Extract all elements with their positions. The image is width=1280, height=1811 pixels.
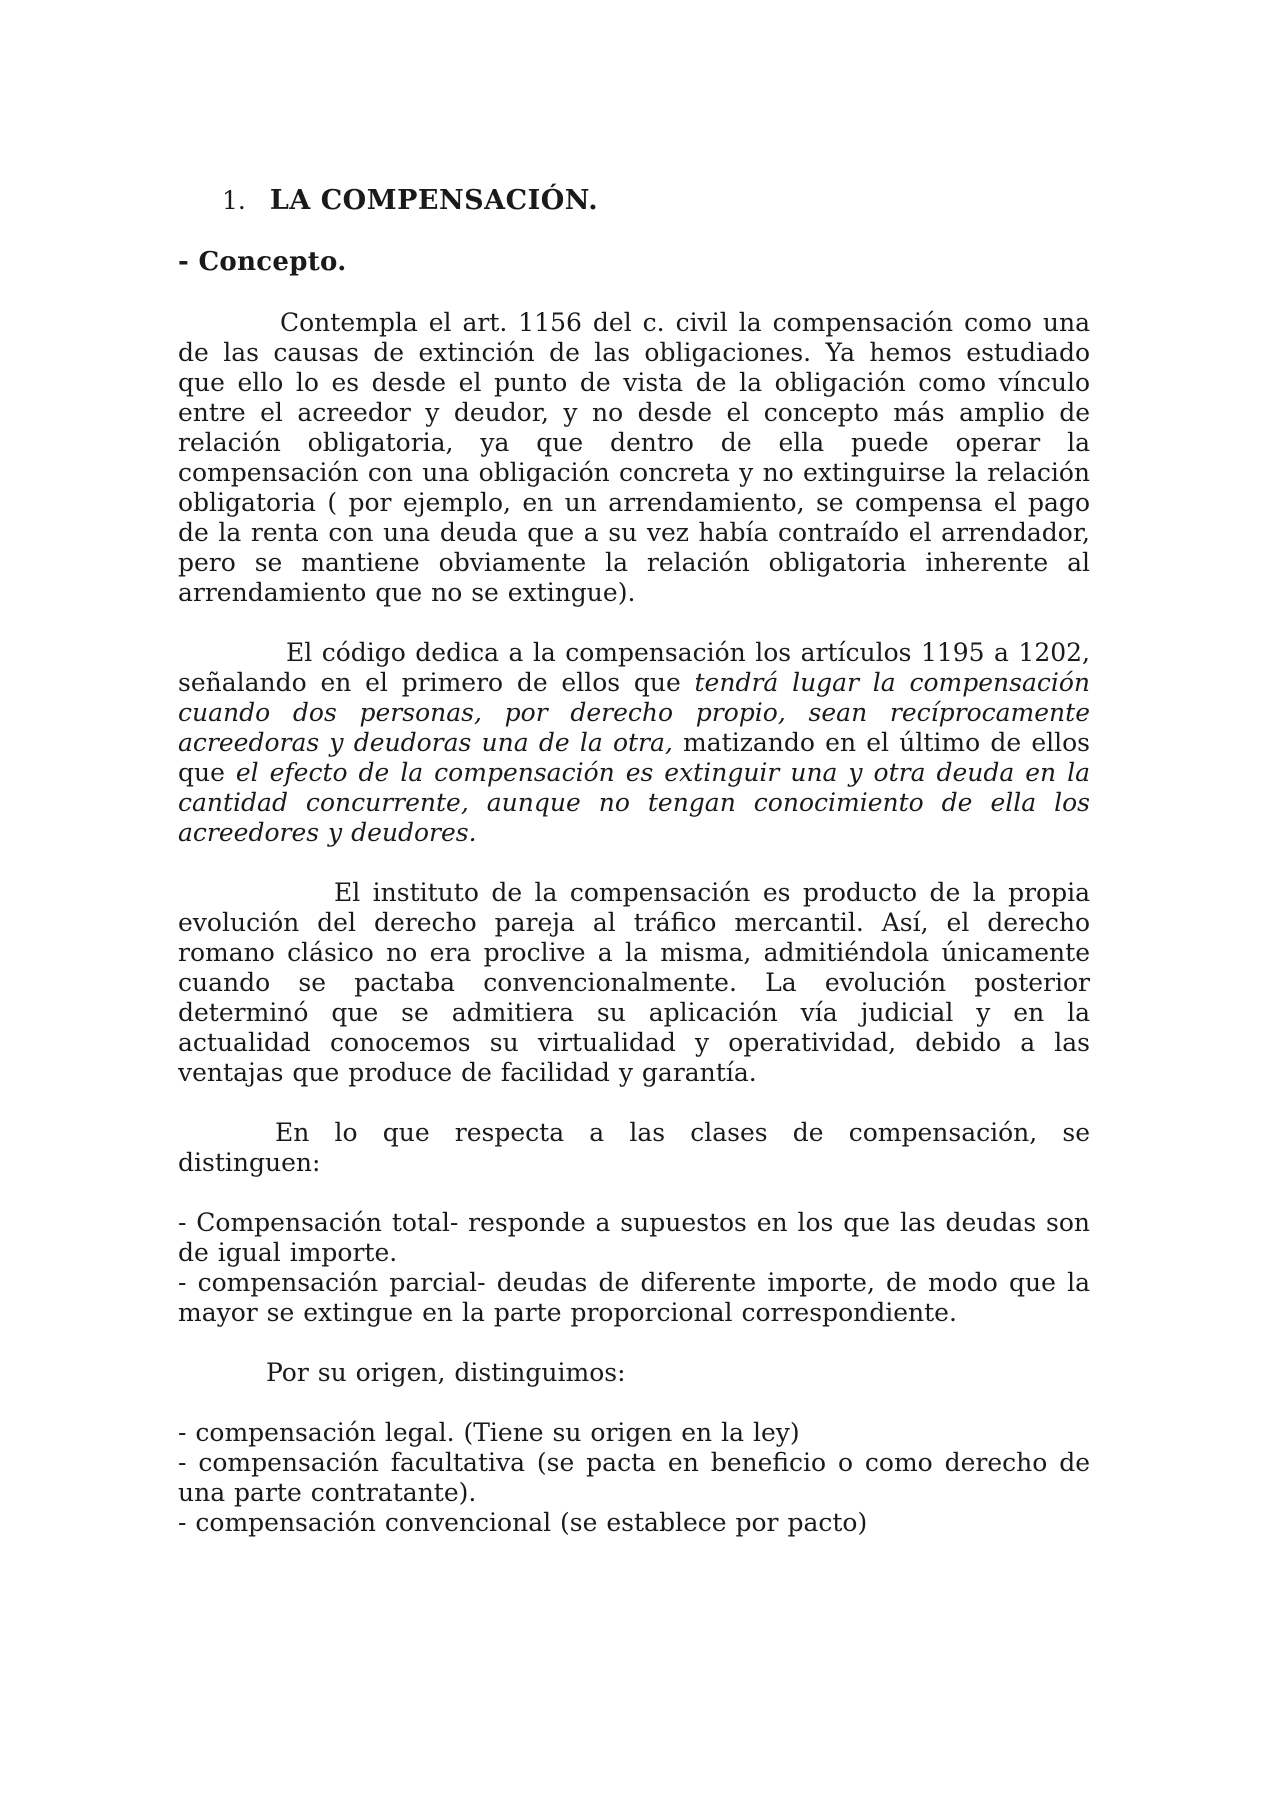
concept-subheading: - Concepto. [178, 247, 1090, 278]
section-heading: 1.LA COMPENSACIÓN. [178, 185, 1090, 217]
line-clases-compensacion-intro: En lo que respecta a las clases de compe… [178, 1118, 1090, 1178]
list-item-compensacion-total: - Compensación total- responde a supuest… [178, 1208, 1090, 1268]
line-por-su-origen-intro: Por su origen, distinguimos: [178, 1358, 1090, 1388]
list-item-compensacion-parcial: - compensación parcial- deudas de difere… [178, 1268, 1090, 1328]
paragraph-codigo-articulos: El código dedica a la compensación los a… [178, 638, 1090, 848]
list-clases-compensacion: - Compensación total- responde a supuest… [178, 1208, 1090, 1328]
section-title: LA COMPENSACIÓN. [270, 185, 598, 216]
section-number: 1. [222, 186, 246, 215]
list-origen-compensacion: - compensación legal. (Tiene su origen e… [178, 1418, 1090, 1538]
list-item-compensacion-facultativa: - compensación facultativa (se pacta en … [178, 1448, 1090, 1508]
document-page: 1.LA COMPENSACIÓN. - Concepto. Contempla… [0, 0, 1280, 1811]
paragraph-contempla-art-1156: Contempla el art. 1156 del c. civil la c… [178, 308, 1090, 608]
list-item-compensacion-convencional: - compensación convencional (se establec… [178, 1508, 1090, 1538]
paragraph-instituto-compensacion: El instituto de la compensación es produ… [178, 878, 1090, 1088]
list-item-compensacion-legal: - compensación legal. (Tiene su origen e… [178, 1418, 1090, 1448]
